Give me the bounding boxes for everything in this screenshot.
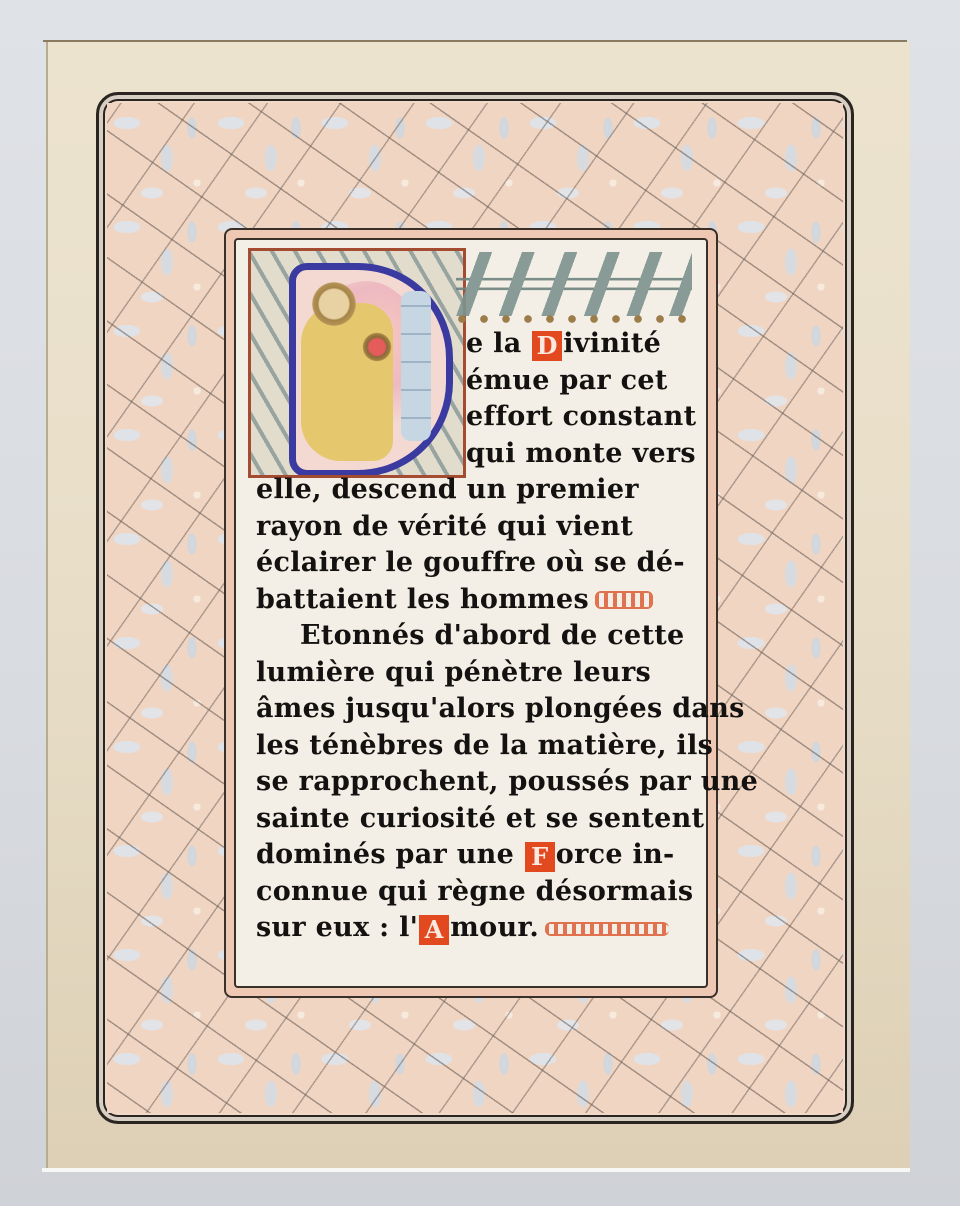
text-block-body: elle, descend un premier rayon de vérité… (256, 472, 758, 947)
text-block-head: e la Divinité émue par cet effort consta… (466, 326, 696, 472)
gold-dots-ornament (456, 314, 692, 324)
glowing-heart-icon (361, 331, 393, 363)
text-line: e la Divinité (466, 326, 696, 363)
end-ornament (545, 922, 669, 936)
text-line: âmes jusqu'alors plongées dans (256, 691, 758, 728)
text-line: se rapprochent, poussés par une (256, 764, 758, 801)
robed-figure (301, 303, 393, 461)
text-line: émue par cet (466, 363, 696, 400)
text-line: lumière qui pénètre leurs (256, 655, 758, 692)
text-line: éclairer le gouffre où se dé- (256, 545, 758, 582)
text-line: les ténèbres de la matière, ils (256, 728, 758, 765)
line-filler-ornament (595, 591, 653, 609)
text-line: sainte curiosité et se sentent (256, 801, 758, 838)
text-line: qui monte vers (466, 436, 696, 473)
text-line: battaient les hommes (256, 582, 758, 619)
red-capital: A (419, 915, 449, 945)
text-line: connue qui règne désormais (256, 874, 758, 911)
text-line: elle, descend un premier (256, 472, 758, 509)
scroll-ornament (456, 252, 692, 316)
text-line: rayon de vérité qui vient (256, 509, 758, 546)
text-line: sur eux : l'Amour. (256, 910, 758, 947)
text-line: dominés par une Force in- (256, 837, 758, 874)
leaf-decoration (401, 291, 431, 441)
illuminated-initial-d (248, 248, 466, 478)
red-capital: D (532, 331, 562, 361)
text-line: Etonnés d'abord de cette (256, 618, 758, 655)
text-line: effort constant (466, 399, 696, 436)
red-capital: F (525, 842, 555, 872)
halo-icon (311, 281, 357, 327)
mat-bevel (42, 1168, 910, 1172)
